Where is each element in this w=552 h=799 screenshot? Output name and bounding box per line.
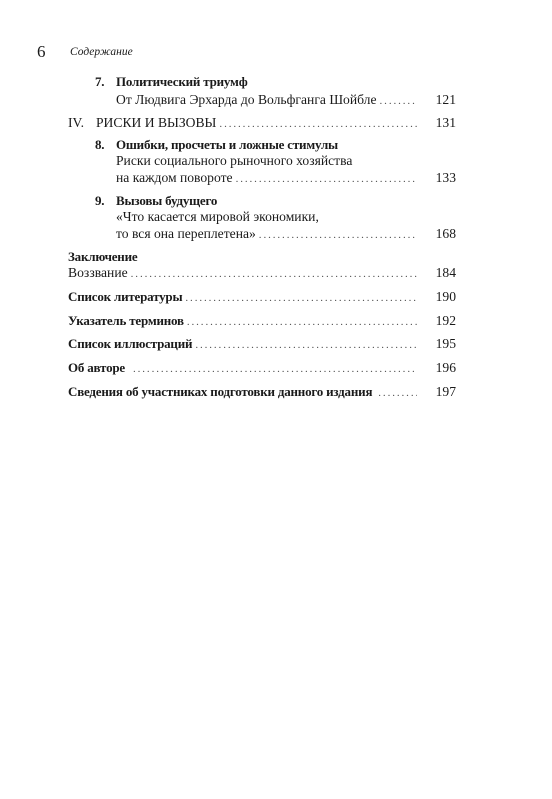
dot-leader (185, 289, 417, 307)
entry-title: Об авторе (68, 359, 125, 377)
entry-title: Список иллюстраций (68, 335, 192, 353)
entry-title: РИСКИ И ВЫЗОВЫ (96, 114, 216, 132)
entry-subtitle-cont: на каждом повороте (116, 169, 233, 187)
dot-leader (259, 226, 417, 244)
entry-number: 8. (95, 136, 104, 154)
dot-leader (380, 92, 417, 110)
entry-title: Сведения об участниках подготовки данног… (68, 383, 372, 401)
entry-page: 192 (432, 312, 456, 330)
entry-page: 131 (432, 114, 456, 132)
entry-subtitle: От Людвига Эрхарда до Вольфганга Шойбле (116, 91, 377, 109)
dot-leader (131, 265, 417, 283)
entry-page: 197 (432, 383, 456, 401)
dot-leader (187, 313, 417, 331)
entry-page: 196 (432, 359, 456, 377)
entry-page: 190 (432, 288, 456, 306)
entry-title: Список литературы (68, 288, 182, 306)
page-number: 6 (37, 42, 46, 62)
dot-leader (378, 384, 417, 402)
entry-page: 121 (432, 91, 456, 109)
running-title: Содержание (70, 46, 133, 58)
entry-number: 9. (95, 192, 104, 210)
entry-subtitle-cont: то вся она переплетена» (116, 225, 256, 243)
entry-title: Указатель терминов (68, 312, 184, 330)
entry-page: 168 (432, 225, 456, 243)
entry-title: Политический триумф (116, 73, 248, 91)
entry-page: 133 (432, 169, 456, 187)
dot-leader (133, 360, 417, 378)
dot-leader (236, 170, 417, 188)
dot-leader (195, 336, 417, 354)
entry-number: 7. (95, 73, 104, 91)
entry-page: 184 (432, 264, 456, 282)
entry-number: IV. (68, 114, 84, 132)
dot-leader (219, 115, 417, 133)
entry-subtitle: «Что касается мировой экономики, (116, 208, 319, 226)
entry-page: 195 (432, 335, 456, 353)
entry-subtitle: Воззвание (68, 264, 128, 282)
entry-subtitle: Риски социального рыночного хозяйства (116, 152, 352, 170)
